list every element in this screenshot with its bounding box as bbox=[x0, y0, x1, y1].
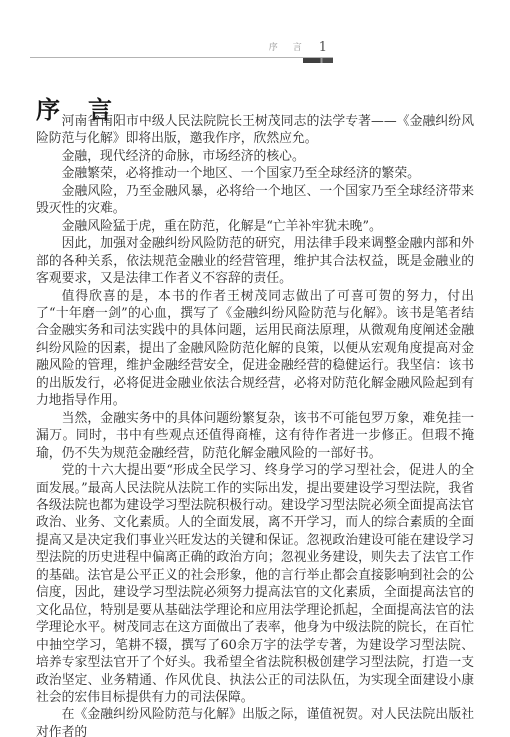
paragraph: 因此，加强对金融纠纷风险防范的研究，用法律手段来调整金融内部和外部的各种关系，依… bbox=[36, 235, 474, 287]
paragraph: 在《金融纠纷风险防范与化解》出版之际，谨值祝贺。对人民法院出版社对作者的 bbox=[36, 706, 474, 737]
paragraph: 河南省南阳市中级人民法院院长王树茂同志的法学专著——《金融纠纷风险防范与化解》即… bbox=[36, 113, 474, 148]
header-ornament-bar bbox=[303, 58, 333, 63]
page-number: 1 bbox=[319, 40, 327, 55]
paragraph: 金融风险猛于虎，重在防范，化解是“亡羊补牢犹未晚”。 bbox=[36, 218, 474, 235]
paragraph: 党的十六大提出要“形成全民学习、终身学习的学习型社会，促进人的全面发展。”最高人… bbox=[36, 462, 474, 706]
paragraph: 金融，现代经济的命脉，市场经济的核心。 bbox=[36, 148, 474, 165]
page-header: 序 言1 bbox=[30, 36, 333, 58]
running-head-title: 序 言 bbox=[269, 43, 305, 53]
paragraph: 金融繁荣，必将推动一个地区、一个国家乃至全球经济的繁荣。 bbox=[36, 165, 474, 182]
preface-paragraphs: 河南省南阳市中级人民法院院长王树茂同志的法学专著——《金融纠纷风险防范与化解》即… bbox=[36, 113, 474, 737]
paragraph: 金融风险，乃至金融风暴，必将给一个地区、一个国家乃至全球经济带来毁灭性的灾难。 bbox=[36, 183, 474, 218]
paragraph: 值得欣喜的是，本书的作者王树茂同志做出了可喜可贺的努力，付出了“十年磨一剑”的心… bbox=[36, 288, 474, 410]
preface-page: 序 言1 序 言 河南省南阳市中级人民法院院长王树茂同志的法学专著——《金融纠纷… bbox=[0, 0, 510, 737]
paragraph: 当然，金融实务中的具体问题纷繁复杂，该书不可能包罗万象，难免挂一漏万。同时，书中… bbox=[36, 410, 474, 462]
